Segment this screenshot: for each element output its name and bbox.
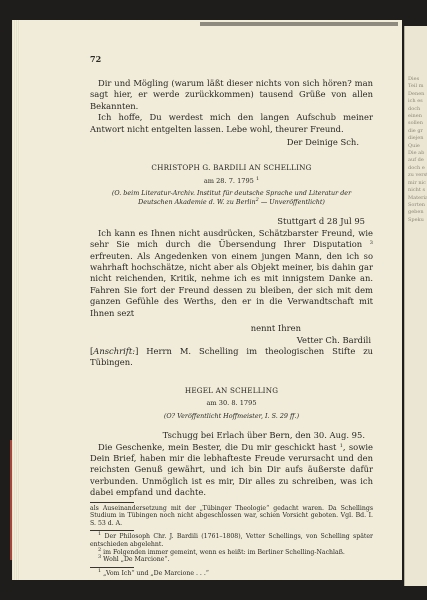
page-edges <box>12 20 20 580</box>
letter1-address: [Anschrift:] Herrn M. Schelling im theol… <box>90 346 373 369</box>
footnote-rule <box>90 567 134 568</box>
opening-paragraph-2: Ich hoffe, Du werdest mich den langen Au… <box>90 112 373 135</box>
footnote-rule <box>90 530 134 531</box>
page-number: 72 <box>90 54 101 64</box>
letter1-body: Ich kann es Ihnen nicht ausdrücken, Schä… <box>90 228 373 319</box>
letter2-body: Die Geschenke, mein Bester, die Du mir g… <box>90 442 373 499</box>
letter1-heading: CHRISTOPH G. BARDILI AN SCHELLING <box>90 162 373 173</box>
page-content: Dir und Mögling (warum läßt dieser nicht… <box>90 78 373 577</box>
letter2-source: (O? Veröffentlicht Hoffmeister, I. S. 29… <box>90 412 373 421</box>
footnote-letter1-1: 1 Der Philosoph Chr. J. Bardili (1761–18… <box>90 533 373 548</box>
binding-strip <box>200 22 398 26</box>
letter2-date: am 30. 8. 1795 <box>90 398 373 409</box>
footnote-rule <box>90 502 134 503</box>
footnote-continued: als Auseinandersetzung mit der „Tübinger… <box>90 505 373 528</box>
footnote-letter1-3: 3 Wohl „De Marcione“. <box>90 556 373 564</box>
cover-edge <box>10 440 12 560</box>
letter1-date: am 28. 7. 1795 1 <box>90 176 373 187</box>
letter2-heading: HEGEL AN SCHELLING <box>90 385 373 396</box>
letter1-source: (O. beim Literatur-Archiv. Institut für … <box>90 189 373 206</box>
opening-closing: Der Deinige Sch. <box>90 137 373 148</box>
opening-paragraph-1: Dir und Mögling (warum läßt dieser nicht… <box>90 78 373 112</box>
footnote-letter1-2: 2 im Folgenden immer gemeint, wenn es he… <box>90 549 373 557</box>
facing-page: Dies Teil m Denen ich es doch einen soll… <box>404 26 427 586</box>
facing-page-text: Dies Teil m Denen ich es doch einen soll… <box>408 76 427 224</box>
letter1-place-date: Stuttgart d 28 Jul 95 <box>90 216 373 227</box>
letter1-closing-1: nennt Ihren <box>90 323 373 334</box>
footnote-letter2-1: 1 „Vom Ich“ und „De Marcione . . .“ <box>90 570 373 578</box>
letter2-place-date: Tschugg bei Erlach über Bern, den 30. Au… <box>90 430 373 441</box>
letter1-closing-2: Vetter Ch. Bardili <box>90 335 373 346</box>
